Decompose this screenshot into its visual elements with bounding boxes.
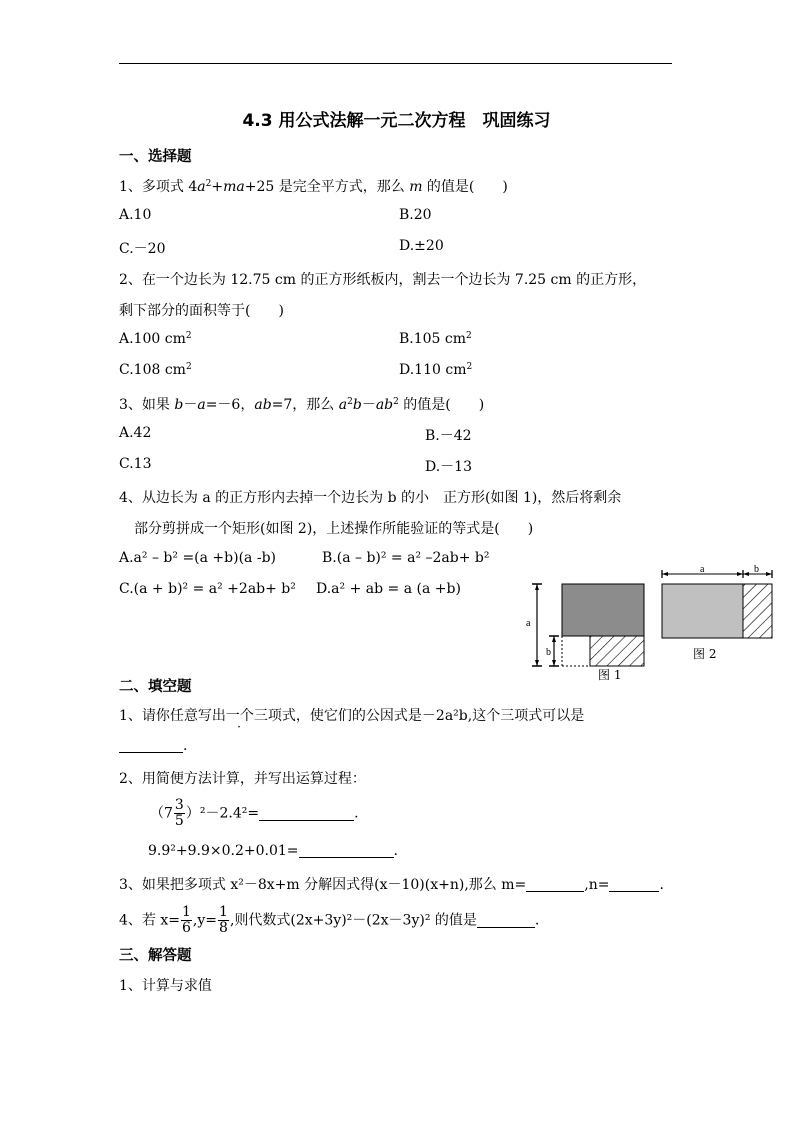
question-2-1: 1、请你任意写出一个三项式，使它们的公因式是－2a²b,这个三项式可以是 xyxy=(119,705,584,725)
section-heading-fill: 二、填空题 xyxy=(119,675,192,696)
svg-text:b: b xyxy=(754,564,759,575)
option-1-4-c: C.(a + b)² = a² +2ab+ b² xyxy=(119,581,296,597)
figure-2-caption: 图 2 xyxy=(693,645,716,662)
figure-1: a b xyxy=(526,584,644,666)
svg-text:a: a xyxy=(526,618,531,629)
answer-blank-n[interactable] xyxy=(609,877,659,892)
header-rule xyxy=(119,63,672,64)
option-1-2-a: A.100 cm2 xyxy=(119,331,192,347)
answer-blank-2-4[interactable] xyxy=(477,913,535,928)
page-title: 4.3 用公式法解一元二次方程 巩固练习 xyxy=(0,106,793,131)
svg-text:a: a xyxy=(700,564,705,575)
option-1-3-c: C.13 xyxy=(119,456,151,472)
option-1-3-d: D.－13 xyxy=(425,456,472,476)
option-1-3-a: A.42 xyxy=(119,425,151,441)
svg-text:b: b xyxy=(546,647,551,658)
question-1-4-line1: 4、从边长为 a 的正方形内去掉一个边长为 b 的小 正方形(如图 1)，然后将… xyxy=(119,487,621,507)
question-1-1: 1、多项式 4a2+ma+25 是完全平方式，那么 m 的值是( ) xyxy=(119,176,508,196)
option-1-1-b: B.20 xyxy=(399,207,432,223)
question-3-1: 1、计算与求值 xyxy=(119,975,212,995)
option-1-1-a: A.10 xyxy=(119,207,151,223)
section-heading-choice: 一、选择题 xyxy=(119,145,192,166)
answer-blank-2-2-1[interactable] xyxy=(259,806,354,821)
option-1-2-b: B.105 cm2 xyxy=(399,331,472,347)
expression-2-2-1: （735）²－2.4²=. xyxy=(150,798,359,829)
answer-blank-m[interactable] xyxy=(526,877,584,892)
question-1-4-line2: 部分剪拼成一个矩形(如图 2)，上述操作所能验证的等式是( ) xyxy=(134,518,533,538)
figure-1-caption: 图 1 xyxy=(598,666,621,683)
option-1-4-d: D.a² + ab = a (a +b) xyxy=(316,581,461,597)
option-1-1-d: D.±20 xyxy=(399,238,444,254)
answer-blank-2-1[interactable]: . xyxy=(119,738,187,754)
figure-2: a b xyxy=(662,564,772,638)
option-1-3-b: B.－42 xyxy=(425,425,472,445)
question-2-2: 2、用简便方法计算，并写出运算过程： xyxy=(119,768,366,788)
figure-squares-diagram: a b a b xyxy=(520,560,790,685)
question-2-3: 3、如果把多项式 x²－8x+m 分解因式得(x－10)(x+n),那么 m=,… xyxy=(119,874,664,894)
question-1-2-line1: 2、在一个边长为 12.75 cm 的正方形纸板内，割去一个边长为 7.25 c… xyxy=(119,269,646,289)
option-1-4-a: A.a² – b² =(a +b)(a -b) xyxy=(119,550,276,566)
answer-blank-2-2-2[interactable] xyxy=(299,843,394,858)
option-1-2-c: C.108 cm2 xyxy=(119,362,192,378)
option-1-4-b: B.(a – b)² = a² –2ab+ b² xyxy=(322,550,490,566)
question-1-2-line2: 剩下部分的面积等于( ) xyxy=(119,300,284,320)
option-1-2-d: D.110 cm2 xyxy=(399,362,472,378)
option-1-1-c: C.－20 xyxy=(119,238,165,258)
section-heading-answer: 三、解答题 xyxy=(119,944,192,965)
question-1-3: 3、如果 b－a=－6，ab=7，那么 a2b－ab2 的值是( ) xyxy=(119,394,484,414)
question-2-4: 4、若 x=16,y=18,则代数式(2x+3y)²－(2x－3y)² 的值是. xyxy=(119,905,539,936)
expression-2-2-2: 9.9²+9.9×0.2+0.01=. xyxy=(148,843,398,859)
